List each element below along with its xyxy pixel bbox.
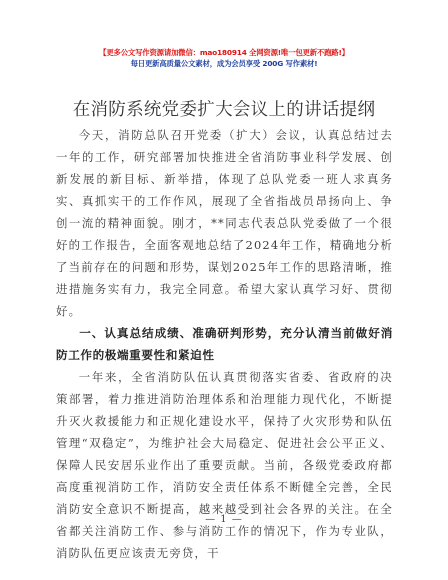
section-1-paragraph: 一年来，全省消防队伍认真贯彻落实省委、省政府的决策部署，着力推进消防治理体系和治… — [56, 366, 393, 564]
document-title: 在消防系统党委扩大会议上的讲话提纲 — [0, 96, 448, 121]
promo-banner-blue: 每日更新高质量公文素材，成为会员享受 200G 写作素材! — [0, 58, 448, 69]
section-heading-1: 一、认真总结成绩、准确研判形势，充分认清当前做好消防工作的极端重要性和紧迫性 — [56, 322, 393, 366]
promo-banner-red: 【更多公文写作资源请加微信：mao180914 全网资源!唯一包更新不跑路!】 — [0, 47, 448, 58]
intro-paragraph: 今天，消防总队召开党委（扩大）会议，认真总结过去一年的工作，研究部署加快推进全省… — [56, 124, 393, 322]
document-page: 【更多公文写作资源请加微信：mao180914 全网资源!唯一包更新不跑路!】 … — [0, 0, 448, 580]
page-number: — 1 — — [0, 514, 448, 525]
document-body: 今天，消防总队召开党委（扩大）会议，认真总结过去一年的工作，研究部署加快推进全省… — [56, 124, 393, 564]
